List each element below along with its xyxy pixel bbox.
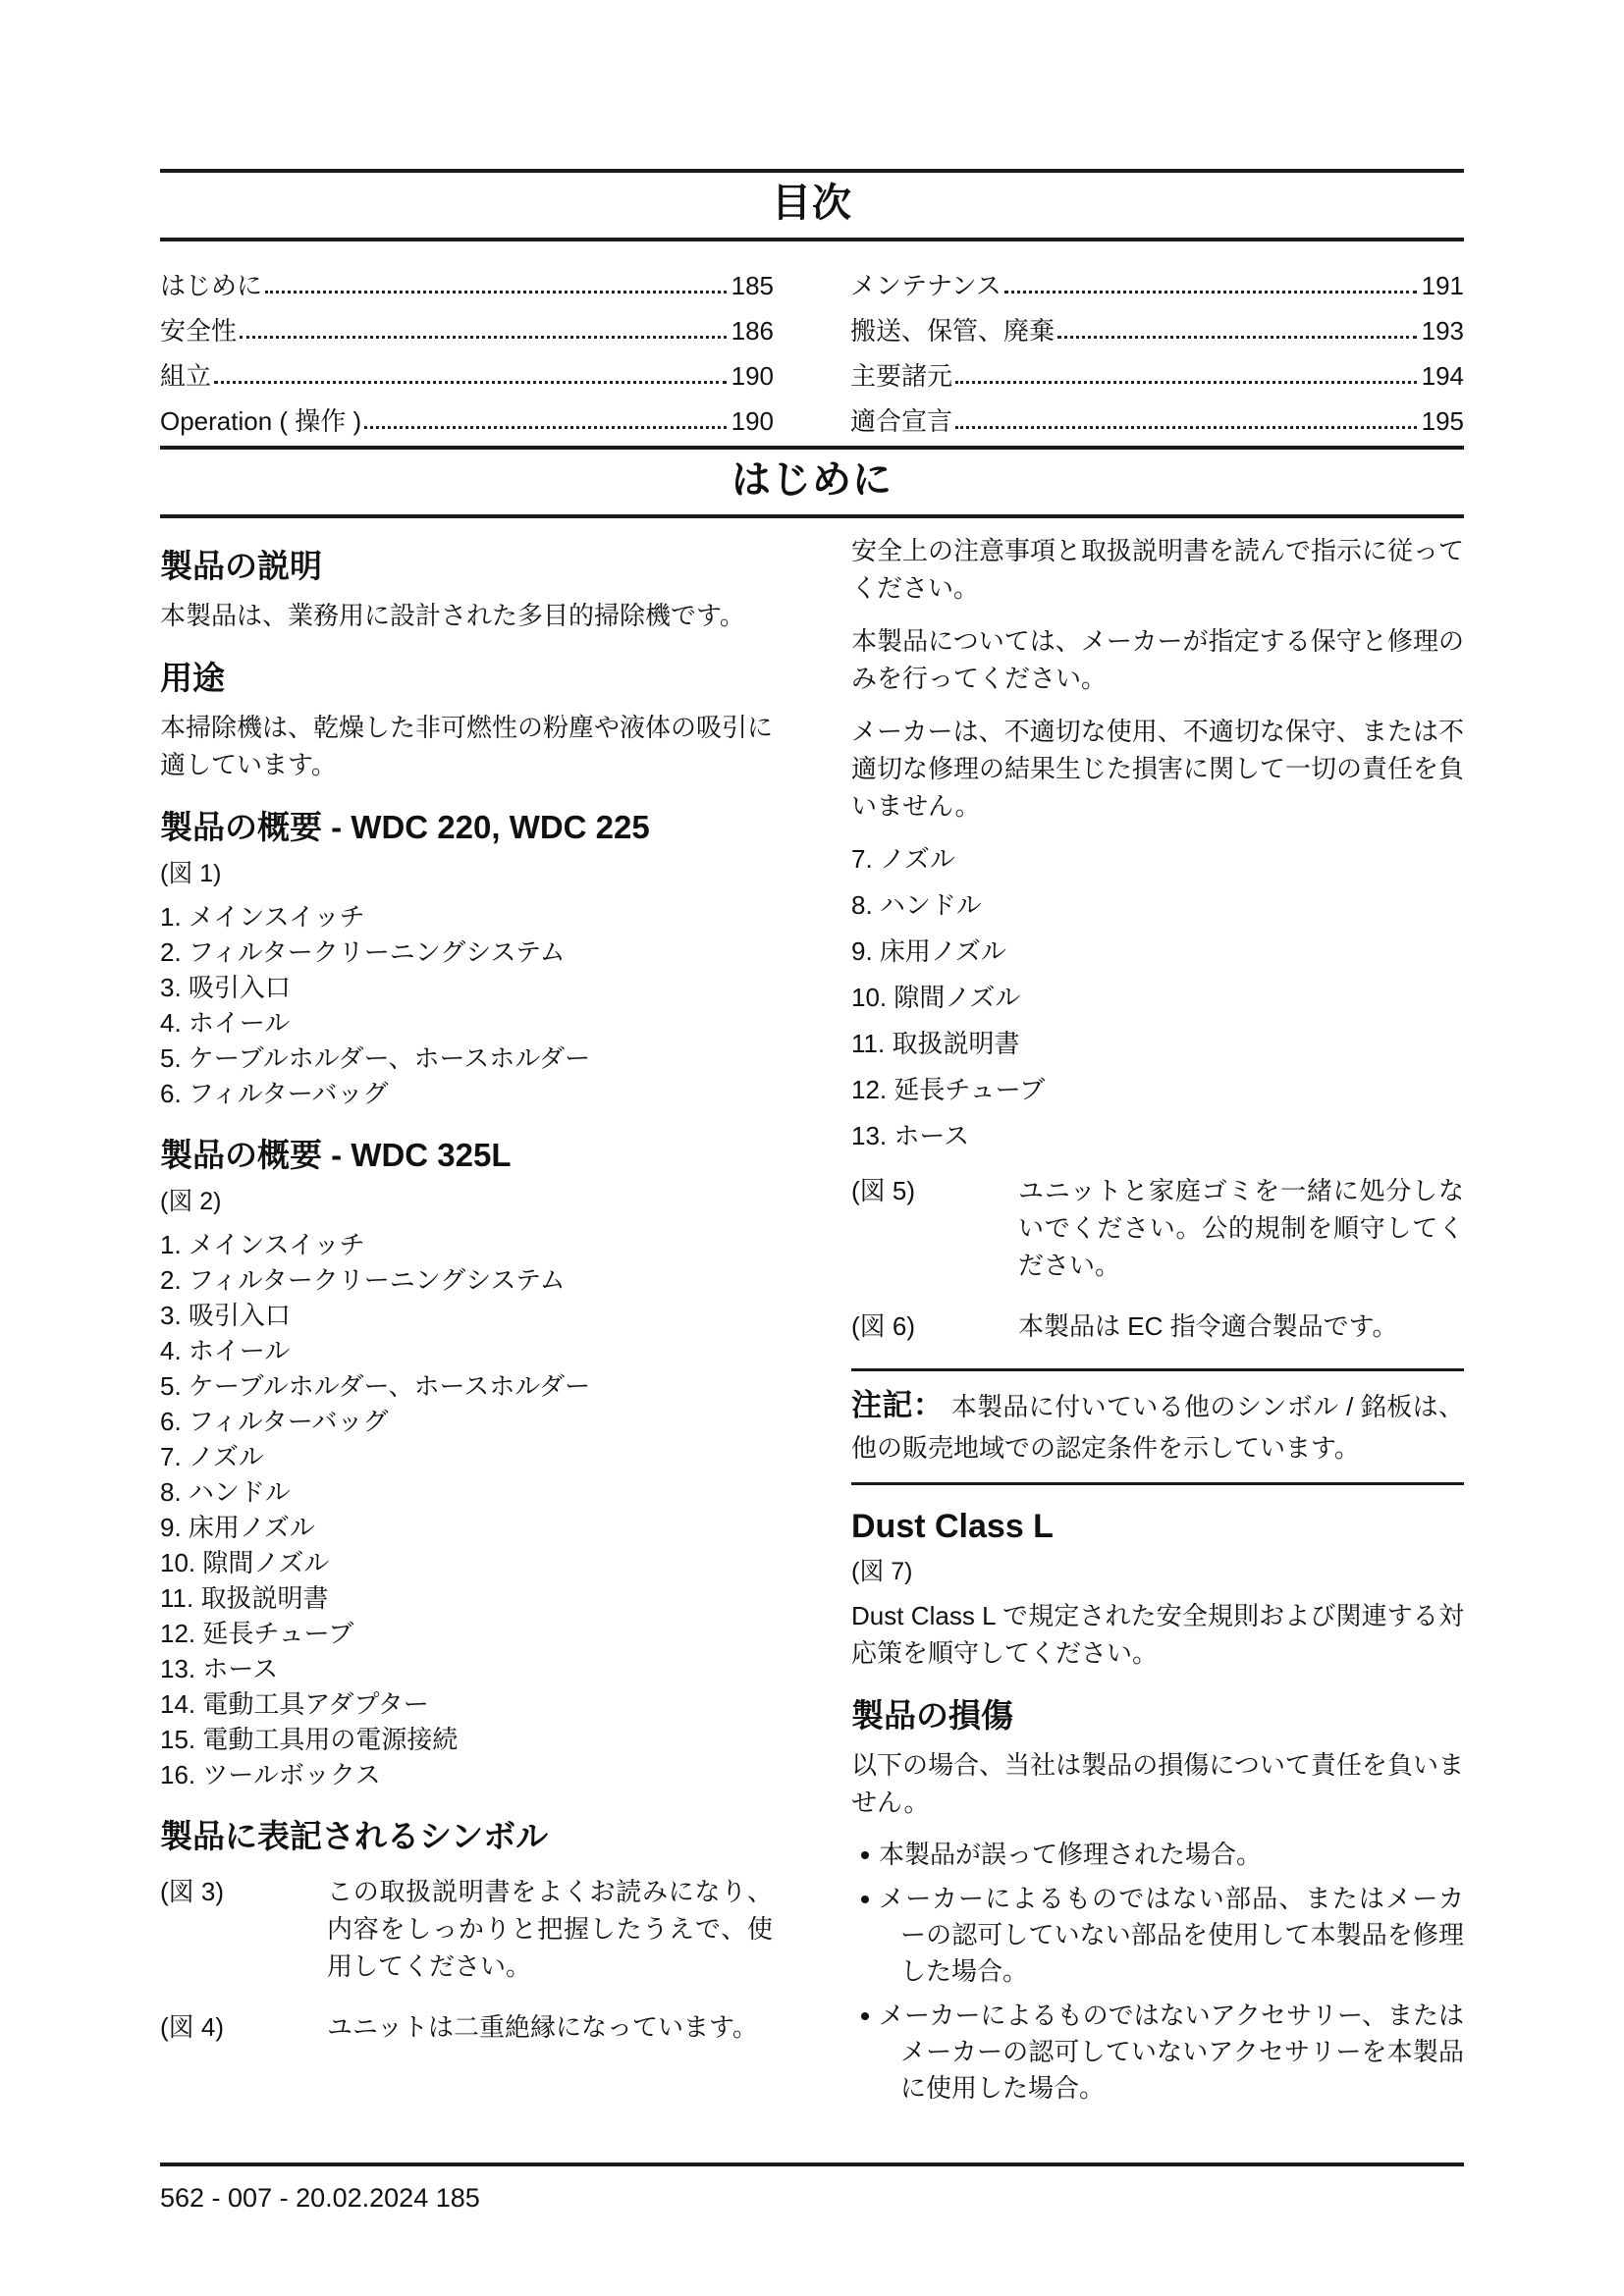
figure-reference: (図 1)	[160, 858, 773, 889]
toc-entry-page: 194	[1422, 361, 1464, 391]
toc-entry-label: 適合宣言	[850, 406, 952, 436]
section-title-product-description: 製品の説明	[160, 546, 773, 587]
dot-leader	[214, 381, 727, 384]
document-id-and-page-number: 562 - 007 - 20.02.2024 185	[160, 2182, 1464, 2214]
divider	[160, 514, 1464, 518]
note-label: 注記：	[851, 1388, 944, 1422]
list-item: ホイール	[160, 1005, 773, 1041]
figure-caption: この取扱説明書をよくお読みになり、内容をしっかりと把握したうえで、使用してくださ…	[327, 1873, 773, 1985]
list-item: メインスイッチ	[160, 899, 773, 934]
list-item: 電動工具用の電源接続	[160, 1722, 773, 1757]
toc-entry-page: 191	[1422, 271, 1464, 300]
toc-entry: 主要諸元 194	[850, 346, 1464, 391]
footer-divider	[160, 2163, 1464, 2166]
toc-entry-page: 195	[1422, 406, 1464, 436]
page-footer: 562 - 007 - 20.02.2024 185	[160, 2163, 1464, 2296]
dot-leader	[1004, 291, 1417, 294]
body-columns: 製品の説明 本製品は、業務用に設計された多目的掃除機です。 用途 本掃除機は、乾…	[160, 532, 1464, 2114]
toc-entry: Operation ( 操作 ) 190	[160, 391, 774, 436]
figure-row: (図 6) 本製品は EC 指令適合製品です。	[851, 1308, 1464, 1345]
section-title-dust-class-l: Dust Class L	[851, 1505, 1464, 1548]
figure-row: (図 4) ユニットは二重絶縁になっています。	[160, 2008, 773, 2046]
figure-reference: (図 2)	[160, 1186, 773, 1217]
figure-reference: (図 4)	[160, 2008, 327, 2046]
table-of-contents: はじめに 185 安全性 186 組立 190 Operation ( 操作 )…	[160, 241, 1464, 446]
left-column: 製品の説明 本製品は、業務用に設計された多目的掃除機です。 用途 本掃除機は、乾…	[160, 532, 773, 2114]
paragraph: Dust Class L で規定された安全規則および関連する対応策を順守してくだ…	[851, 1597, 1464, 1672]
figure-reference: (図 3)	[160, 1873, 327, 1985]
paragraph: メーカーは、不適切な使用、不適切な保守、または不適切な修理の結果生じた損害に関し…	[851, 713, 1464, 825]
list-item: 延長チューブ	[160, 1616, 773, 1651]
note-divider	[851, 1368, 1464, 1371]
list-item: ノズル	[160, 1439, 773, 1474]
toc-entry-page: 185	[731, 271, 774, 300]
paragraph: 本製品は、業務用に設計された多目的掃除機です。	[160, 597, 773, 634]
toc-entry-label: 搬送、保管、廃棄	[850, 316, 1055, 346]
toc-entry: 搬送、保管、廃棄 193	[850, 300, 1464, 346]
list-item: フィルタークリーニングシステム	[160, 934, 773, 970]
dot-leader	[364, 426, 726, 429]
parts-list-continued: ノズル ハンドル 床用ノズル 隙間ノズル 取扱説明書 延長チューブ ホース	[851, 840, 1464, 1154]
toc-entry-label: はじめに	[160, 271, 262, 300]
intro-title: はじめに	[160, 450, 1464, 514]
toc-entry: はじめに 185	[160, 255, 774, 300]
section-title-symbols: 製品に表記されるシンボル	[160, 1816, 773, 1857]
list-item: ケーブルホルダー、ホースホルダー	[160, 1368, 773, 1404]
note: 注記： 本製品に付いている他のシンボル / 銘板は、他の販売地域での認定条件を示…	[851, 1385, 1464, 1468]
damage-bullet-list: 本製品が誤って修理された場合。 メーカーによるものではない部品、またはメーカーの…	[851, 1837, 1464, 2107]
toc-entry-label: Operation ( 操作 )	[160, 406, 361, 436]
right-column: 安全上の注意事項と取扱説明書を読んで指示に従ってください。 本製品については、メ…	[851, 532, 1464, 2114]
toc-entry-page: 190	[731, 406, 774, 436]
list-item: フィルターバッグ	[160, 1076, 773, 1111]
figure-caption: ユニットと家庭ゴミを一緒に処分しないでください。公的規制を順守してください。	[1018, 1172, 1464, 1284]
toc-entry-label: 組立	[160, 361, 211, 391]
dot-leader	[955, 381, 1417, 384]
paragraph: 安全上の注意事項と取扱説明書を読んで指示に従ってください。	[851, 532, 1464, 607]
note-text: 本製品に付いている他のシンボル / 銘板は、他の販売地域での認定条件を示していま…	[851, 1392, 1464, 1463]
toc-entry: 安全性 186	[160, 300, 774, 346]
dot-leader	[240, 336, 727, 339]
list-item: メインスイッチ	[160, 1227, 773, 1262]
list-item: 取扱説明書	[160, 1580, 773, 1616]
toc-entry-label: 主要諸元	[850, 361, 952, 391]
figure-reference: (図 6)	[851, 1308, 1018, 1345]
manual-page: 目次 はじめに 185 安全性 186 組立 190 Operation ( 操…	[0, 0, 1624, 2296]
section-title-overview-wdc325l: 製品の概要 - WDC 325L	[160, 1135, 773, 1176]
list-item: ケーブルホルダー、ホースホルダー	[160, 1041, 773, 1076]
list-item: ハンドル	[851, 886, 1464, 924]
toc-entry: 適合宣言 195	[850, 391, 1464, 436]
toc-entry-label: 安全性	[160, 316, 237, 346]
toc-entry-page: 193	[1422, 316, 1464, 346]
section-title-product-damage: 製品の損傷	[851, 1695, 1464, 1736]
list-item: ホース	[160, 1651, 773, 1686]
list-item: ホイール	[160, 1333, 773, 1368]
list-item: フィルターバッグ	[160, 1404, 773, 1439]
figure-reference: (図 5)	[851, 1172, 1018, 1284]
list-item: 隙間ノズル	[160, 1545, 773, 1580]
parts-list-wdc220: メインスイッチ フィルタークリーニングシステム 吸引入口 ホイール ケーブルホル…	[160, 899, 773, 1111]
list-item: 吸引入口	[160, 970, 773, 1005]
toc-left-column: はじめに 185 安全性 186 組立 190 Operation ( 操作 )…	[160, 255, 774, 436]
figure-caption: 本製品は EC 指令適合製品です。	[1018, 1308, 1464, 1345]
toc-entry-label: メンテナンス	[850, 271, 1001, 300]
dot-leader	[955, 426, 1417, 429]
bullet-item: メーカーによるものではない部品、またはメーカーの認可していない部品を使用して本製…	[851, 1881, 1464, 1990]
parts-list-wdc325l: メインスイッチ フィルタークリーニングシステム 吸引入口 ホイール ケーブルホル…	[160, 1227, 773, 1792]
dot-leader	[265, 291, 727, 294]
toc-right-column: メンテナンス 191 搬送、保管、廃棄 193 主要諸元 194 適合宣言 19…	[850, 255, 1464, 436]
dot-leader	[1057, 336, 1417, 339]
note-divider	[851, 1482, 1464, 1485]
list-item: 床用ノズル	[160, 1510, 773, 1545]
paragraph: 本掃除機は、乾燥した非可燃性の粉塵や液体の吸引に適しています。	[160, 709, 773, 783]
list-item: 取扱説明書	[851, 1025, 1464, 1062]
list-item: ノズル	[851, 840, 1464, 878]
paragraph: 本製品については、メーカーが指定する保守と修理のみを行ってください。	[851, 622, 1464, 697]
list-item: 吸引入口	[160, 1298, 773, 1333]
paragraph: 以下の場合、当社は製品の損傷について責任を負いません。	[851, 1746, 1464, 1821]
bullet-item: 本製品が誤って修理された場合。	[851, 1837, 1464, 1873]
figure-row: (図 3) この取扱説明書をよくお読みになり、内容をしっかりと把握したうえで、使…	[160, 1873, 773, 1985]
toc-entry-page: 190	[731, 361, 774, 391]
section-title-overview-wdc220: 製品の概要 - WDC 220, WDC 225	[160, 807, 773, 848]
list-item: フィルタークリーニングシステム	[160, 1262, 773, 1298]
toc-entry: 組立 190	[160, 346, 774, 391]
list-item: ホース	[851, 1117, 1464, 1154]
list-item: ハンドル	[160, 1474, 773, 1510]
figure-row: (図 5) ユニットと家庭ゴミを一緒に処分しないでください。公的規制を順守してく…	[851, 1172, 1464, 1284]
list-item: ツールボックス	[160, 1757, 773, 1792]
list-item: 電動工具アダプター	[160, 1686, 773, 1722]
figure-caption: ユニットは二重絶縁になっています。	[327, 2008, 773, 2046]
toc-entry-page: 186	[731, 316, 774, 346]
section-title-intended-use: 用途	[160, 658, 773, 699]
list-item: 床用ノズル	[851, 933, 1464, 970]
figure-reference: (図 7)	[851, 1556, 1464, 1587]
bullet-item: メーカーによるものではないアクセサリー、またはメーカーの認可していないアクセサリ…	[851, 1998, 1464, 2107]
list-item: 延長チューブ	[851, 1071, 1464, 1108]
toc-entry: メンテナンス 191	[850, 255, 1464, 300]
toc-title: 目次	[160, 173, 1464, 238]
list-item: 隙間ノズル	[851, 979, 1464, 1016]
